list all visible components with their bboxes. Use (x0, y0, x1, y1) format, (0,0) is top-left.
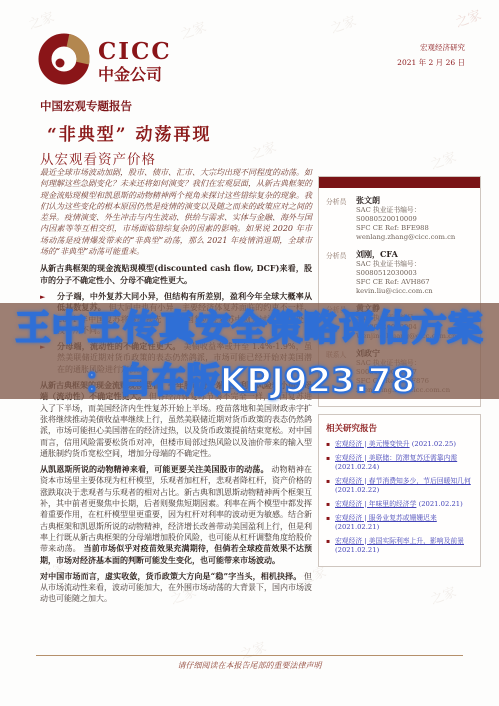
masthead: 宏观经济研究 2021 年 2 月 26 日 (397, 42, 465, 68)
related-report-link[interactable]: 宏观经济 | 春节消费知多少，节后回暖知几何 (335, 477, 471, 485)
analyst-email[interactable]: wenlang.zhang@cicc.com.cn (356, 233, 473, 242)
analyst-role: 分析员 (326, 303, 356, 314)
background-watermark: 之家 (328, 10, 359, 37)
analyst-email[interactable]: Wenjing.Huang@cicc.com.cn (356, 332, 473, 341)
body-column: 最近全球市场波动加剧，股市、债市、汇市、大宗均出现不同程度的动荡。如何理解这些急… (40, 167, 312, 610)
analyst-entry: 分析员 刘刚，CFA SAC 执业证书编号：S0080512030003 SFC… (326, 249, 473, 296)
paragraph-lead: 对中国市场而言，虚实收敛，货币政策大方向是“稳”字当头，相机抉择。 (40, 571, 301, 581)
related-report-date: (2021.02.21) (419, 500, 463, 508)
analyst-email[interactable]: kevin.liu@cicc.com.cn (356, 287, 473, 296)
related-report-link[interactable]: 宏观经济 | 美联储：防滞复苏还需靠内需 (335, 454, 457, 462)
background-watermark: 之家 (26, 6, 57, 33)
background-watermark: 之家 (453, 4, 484, 31)
bullet-item: ► 分母端，流动性的不确定性更大。 美债收益率或升至 1.4%-1.9%，虽然美… (40, 341, 312, 375)
analyst-sfc: SFC CE Ref: BRF876 (356, 377, 473, 386)
analyst-box: 分析员 张文朗 SAC 执业证书编号：S0080520010009 SFC CE… (318, 176, 481, 407)
footer-divider (36, 655, 463, 656)
square-bullet-icon: ▪ (326, 514, 330, 523)
analyst-name: 刘政宁 (356, 348, 380, 359)
related-reports-box: 相关研究报告 ▪ 宏观经济 | 美元慢变快升 (2021.02.25) ▪ 宏观… (318, 414, 481, 567)
square-bullet-icon: ▪ (326, 537, 330, 546)
analyst-name: 黄文静 (356, 303, 380, 314)
related-report-item: ▪ 宏观经济 | 春节消费知多少，节后回暖知几何 (2021.02.22) (326, 477, 473, 495)
background-watermark: 之家 (238, 636, 269, 663)
related-report-link[interactable]: 宏观经济 | 美元慢变快升 (335, 440, 410, 448)
related-report-date: (2021.02.21) (335, 546, 379, 554)
paragraph-text: 动物精神在资本市场里主要体现为杠杆模型，乐观者加杠杆，悲观者降杠杆，资产价格的涨… (40, 465, 312, 553)
bullet-arrow-icon: ► (40, 342, 45, 353)
analyst-sac: SAC 执业证书编号：S0080520080004 (356, 314, 473, 332)
analyst-sfc: SFC CE Ref: BFE988 (356, 224, 473, 233)
analyst-entry: 分析员 张文朗 SAC 执业证书编号：S0080520010009 SFC CE… (326, 195, 473, 242)
analyst-sac: SAC 执业证书编号：S0080520080007 (356, 359, 473, 377)
analyst-entry: 联系人 刘政宁 SAC 执业证书编号：S0080520080007 SFC CE… (326, 348, 473, 395)
analyst-name: 刘刚，CFA (356, 249, 398, 260)
square-bullet-icon: ▪ (326, 500, 330, 509)
lead-paragraph: 从新古典框架的现金流贴现模型(discounted cash flow, DCF… (40, 263, 312, 286)
abstract-paragraph: 最近全球市场波动加剧，股市、债市、汇市、大宗均出现不同程度的动荡。如何理解这些急… (40, 167, 312, 257)
related-reports-title: 相关研究报告 (326, 422, 473, 434)
related-report-link[interactable]: 宏观经济 | 年味里的经济学 (335, 500, 416, 508)
related-report-item: ▪ 宏观经济 | 美元慢变快升 (2021.02.25) (326, 440, 473, 449)
brand-name-en: CICC (98, 38, 172, 65)
paragraph-emphasis: 当前市场似乎对疫苗效果充满期待，但倘若全球疫苗效果不达预期，市场对经济基本面的判… (40, 543, 312, 564)
analyst-role: 联系人 (326, 348, 356, 359)
report-series: 中国宏观专题报告 (40, 98, 132, 114)
report-page: 之家 之家 之家 之家 之家 之家 之家 之家 之家 之家 之家 之家 CICC… (0, 0, 499, 706)
report-subtitle: 从宏观看资产价格 (40, 148, 156, 168)
bullet-lead: 分母端，流动性的不确定性更大。 (57, 341, 181, 351)
analyst-name: 张文朗 (356, 195, 380, 206)
report-date: 2021 年 2 月 26 日 (397, 57, 465, 68)
research-category: 宏观经济研究 (397, 42, 465, 53)
body-paragraph: 从凯恩斯所说的动物精神来看，可能更要关注美国股市的动荡。 动物精神在资本市场里主… (40, 464, 312, 566)
related-report-link[interactable]: 宏观经济 | 美国实际利率上升，影响及前景 (335, 537, 464, 545)
analyst-role: 分析员 (326, 195, 356, 206)
related-report-item: ▪ 宏观经济 | 美联储：防滞复苏还需靠内需 (2021.02.24) (326, 454, 473, 472)
cicc-logo-icon (38, 33, 90, 89)
paragraph-lead: 从凯恩斯所说的动物精神来看，可能更要关注美国股市的动荡。 (40, 464, 269, 474)
related-report-date: (2021.02.25) (412, 440, 456, 448)
background-watermark: 之家 (248, 136, 279, 163)
background-watermark: 之家 (178, 16, 209, 43)
related-report-date: (2021.02.22) (335, 486, 379, 494)
related-report-item: ▪ 宏观经济 | 服务业复苏或姗姗迟来 (2021.02.21) (326, 514, 473, 532)
analyst-sfc: SFC CE Ref: AVH867 (356, 278, 473, 287)
related-report-item: ▪ 宏观经济 | 年味里的经济学 (2021.02.21) (326, 500, 473, 509)
related-report-date: (2021.02.24) (335, 463, 379, 471)
body-paragraph: 对中国市场而言，虚实收敛，货币政策大方向是“稳”字当头，相机抉择。 但从市场流动… (40, 571, 312, 605)
legal-notice: 请仔细阅读在本报告尾部的重要法律声明 (0, 660, 499, 671)
report-title: “非典型” 动荡再现 (47, 120, 211, 145)
brand-name-cn: 中金公司 (98, 62, 162, 85)
related-report-date: (2021.02.21) (335, 523, 379, 531)
analyst-box-header (319, 177, 480, 188)
related-report-item: ▪ 宏观经济 | 美国实际利率上升，影响及前景 (2021.02.21) (326, 537, 473, 555)
background-watermark: 之家 (428, 146, 459, 173)
square-bullet-icon: ▪ (326, 477, 330, 486)
lead-sentence: 从新古典框架的现金流贴现模型(discounted cash flow, DCF… (40, 263, 312, 284)
analyst-sac: SAC 执业证书编号：S0080520010009 (356, 206, 473, 224)
bullet-item: ► 分子端，中外复苏大同小异，但结构有所差别，盈利今年全球大概率从低基数复苏。 … (40, 291, 312, 336)
analyst-entry: 分析员 黄文静 SAC 执业证书编号：S0080520080004 Wenjin… (326, 303, 473, 341)
analyst-role: 分析员 (326, 249, 356, 260)
sidebar: 分析员 张文朗 SAC 执业证书编号：S0080520010009 SFC CE… (318, 176, 481, 567)
analyst-sac: SAC 执业证书编号：S0080512030003 (356, 260, 473, 278)
square-bullet-icon: ▪ (326, 454, 330, 463)
related-report-link[interactable]: 宏观经济 | 服务业复苏或姗姗迟来 (335, 514, 437, 522)
paragraph-text: 但各经济体复苏节奏不完全一样，中国复苏进入了下半场，而美国经济内生性复苏开始上半… (40, 392, 312, 457)
background-watermark: 之家 (428, 581, 459, 608)
analyst-email[interactable]: zhengning.liu@cicc.com.cn (356, 386, 473, 395)
bullet-arrow-icon: ► (40, 292, 45, 303)
square-bullet-icon: ▪ (326, 440, 330, 449)
body-paragraph: 从新古典框架的现金流贴现模型看，今年股市分子端（盈利）风险较小而分母端（流动性）… (40, 380, 312, 459)
